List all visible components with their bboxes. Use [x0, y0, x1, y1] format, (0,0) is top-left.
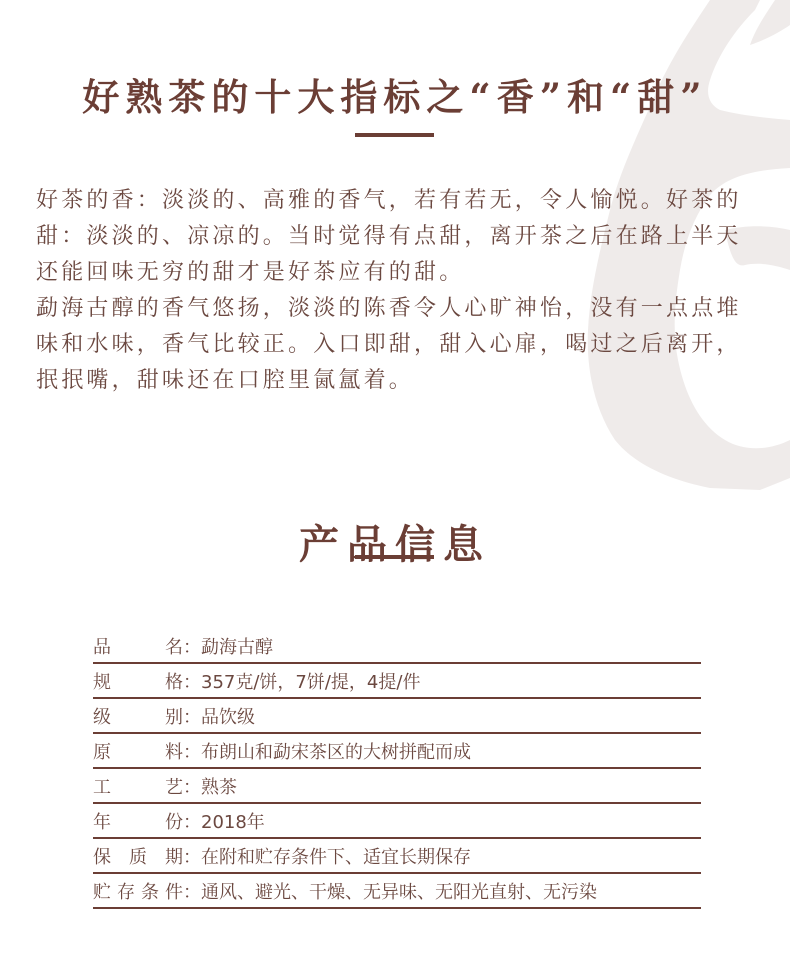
title-divider	[355, 133, 434, 137]
info-value: 357克/饼，7饼/提，4提/件	[201, 668, 420, 694]
info-label: 原 料：	[93, 738, 201, 764]
info-row-shelf-life: 保 质 期： 在附和贮存条件下、适宜长期保存	[93, 839, 701, 874]
info-label: 年 份：	[93, 808, 201, 834]
info-row-name: 品 名： 勐海古醇	[93, 629, 701, 664]
product-info-table: 品 名： 勐海古醇 规 格： 357克/饼，7饼/提，4提/件 级 别： 品饮级…	[93, 629, 701, 909]
info-label: 贮 存 条 件：	[93, 878, 201, 904]
info-value: 布朗山和勐宋茶区的大树拼配而成	[201, 738, 471, 764]
info-label: 工 艺：	[93, 773, 201, 799]
info-label: 品 名：	[93, 633, 201, 659]
info-row-grade: 级 别： 品饮级	[93, 699, 701, 734]
info-value: 品饮级	[201, 703, 255, 729]
info-label: 规 格：	[93, 668, 201, 694]
info-value: 通风、避光、干燥、无异味、无阳光直射、无污染	[201, 878, 597, 904]
info-value: 熟茶	[201, 773, 237, 799]
info-value: 2018年	[201, 808, 265, 834]
info-row-storage: 贮 存 条 件： 通风、避光、干燥、无异味、无阳光直射、无污染	[93, 874, 701, 909]
info-row-process: 工 艺： 熟茶	[93, 769, 701, 804]
intro-paragraph: 勐海古醇的香气悠扬，淡淡的陈香令人心旷神怡，没有一点点堆味和水味，香气比较正。入…	[36, 291, 748, 399]
info-label: 级 别：	[93, 703, 201, 729]
intro-paragraph: 好茶的香：淡淡的、高雅的香气，若有若无，令人愉悦。好茶的甜：淡淡的、凉凉的。当时…	[36, 183, 748, 291]
info-row-spec: 规 格： 357克/饼，7饼/提，4提/件	[93, 664, 701, 699]
info-value: 在附和贮存条件下、适宜长期保存	[201, 843, 471, 869]
info-row-material: 原 料： 布朗山和勐宋茶区的大树拼配而成	[93, 734, 701, 769]
page-title: 好熟茶的十大指标之“香”和“甜”	[0, 69, 790, 125]
info-row-year: 年 份： 2018年	[93, 804, 701, 839]
intro-text: 好茶的香：淡淡的、高雅的香气，若有若无，令人愉悦。好茶的甜：淡淡的、凉凉的。当时…	[36, 183, 748, 399]
section-title-product-info: 产品信息	[0, 517, 790, 573]
info-value: 勐海古醇	[201, 633, 273, 659]
info-label: 保 质 期：	[93, 843, 201, 869]
section-divider	[355, 555, 434, 559]
